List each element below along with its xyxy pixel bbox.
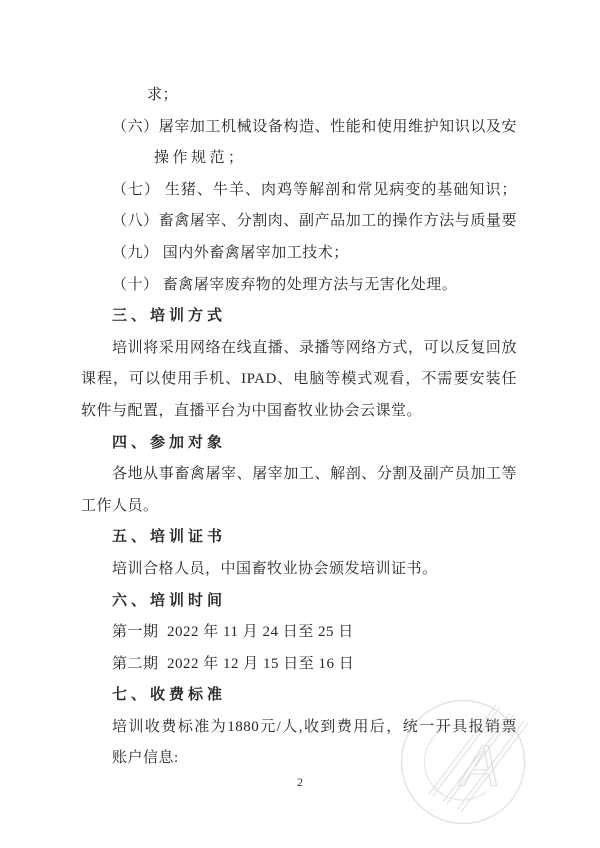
schedule-line: 第二期 2022 年 12 月 15 日至 16 日: [81, 649, 517, 681]
body-line: 工作人员。: [81, 491, 517, 523]
document-body: 求； （六）屠宰加工机械设备构造、性能和使用维护知识以及安全 操作规范； （七）…: [81, 80, 517, 775]
section-heading: 四、参加对象: [81, 428, 517, 460]
list-item-line: （十） 畜禽屠宰废弃物的处理方法与无害化处理。: [81, 270, 517, 302]
list-item-line: （七） 生猪、牛羊、肉鸡等解剖和常见病变的基础知识；: [81, 175, 517, 207]
section-heading: 三、培训方式: [81, 301, 517, 333]
list-item-line: （八）畜禽屠宰、分割肉、副产品加工的操作方法与质量要求；: [81, 206, 517, 238]
body-line: 软件与配置，直播平台为中国畜牧业协会云课堂。: [81, 396, 517, 428]
list-item-line: （六）屠宰加工机械设备构造、性能和使用维护知识以及安全: [81, 112, 517, 144]
body-line: 操作规范；: [81, 143, 517, 175]
body-line: 各地从事畜禽屠宰、屠宰加工、解剖、分割及副产员加工等: [81, 459, 517, 491]
body-line: 账户信息:: [81, 743, 517, 775]
section-heading: 六、培训时间: [81, 586, 517, 618]
body-line: 课程，可以使用手机、IPAD、电脑等模式观看，不需要安装任何: [81, 364, 517, 396]
document-page: A 求； （六）屠宰加工机械设备构造、性能和使用维护知识以及安全 操作规范； （…: [0, 0, 600, 848]
body-line: 培训收费标准为1880元/人,收到费用后，统一开具报销票据。: [81, 712, 517, 744]
body-line: 求；: [81, 80, 517, 112]
body-line: 培训将采用网络在线直播、录播等网络方式，可以反复回放: [81, 333, 517, 365]
section-heading: 七、收费标准: [81, 680, 517, 712]
page-number: 2: [0, 775, 600, 790]
schedule-line: 第一期 2022 年 11 月 24 日至 25 日: [81, 617, 517, 649]
body-line: 培训合格人员，中国畜牧业协会颁发培训证书。: [81, 554, 517, 586]
section-heading: 五、培训证书: [81, 522, 517, 554]
list-item-line: （九） 国内外畜禽屠宰加工技术；: [81, 238, 517, 270]
